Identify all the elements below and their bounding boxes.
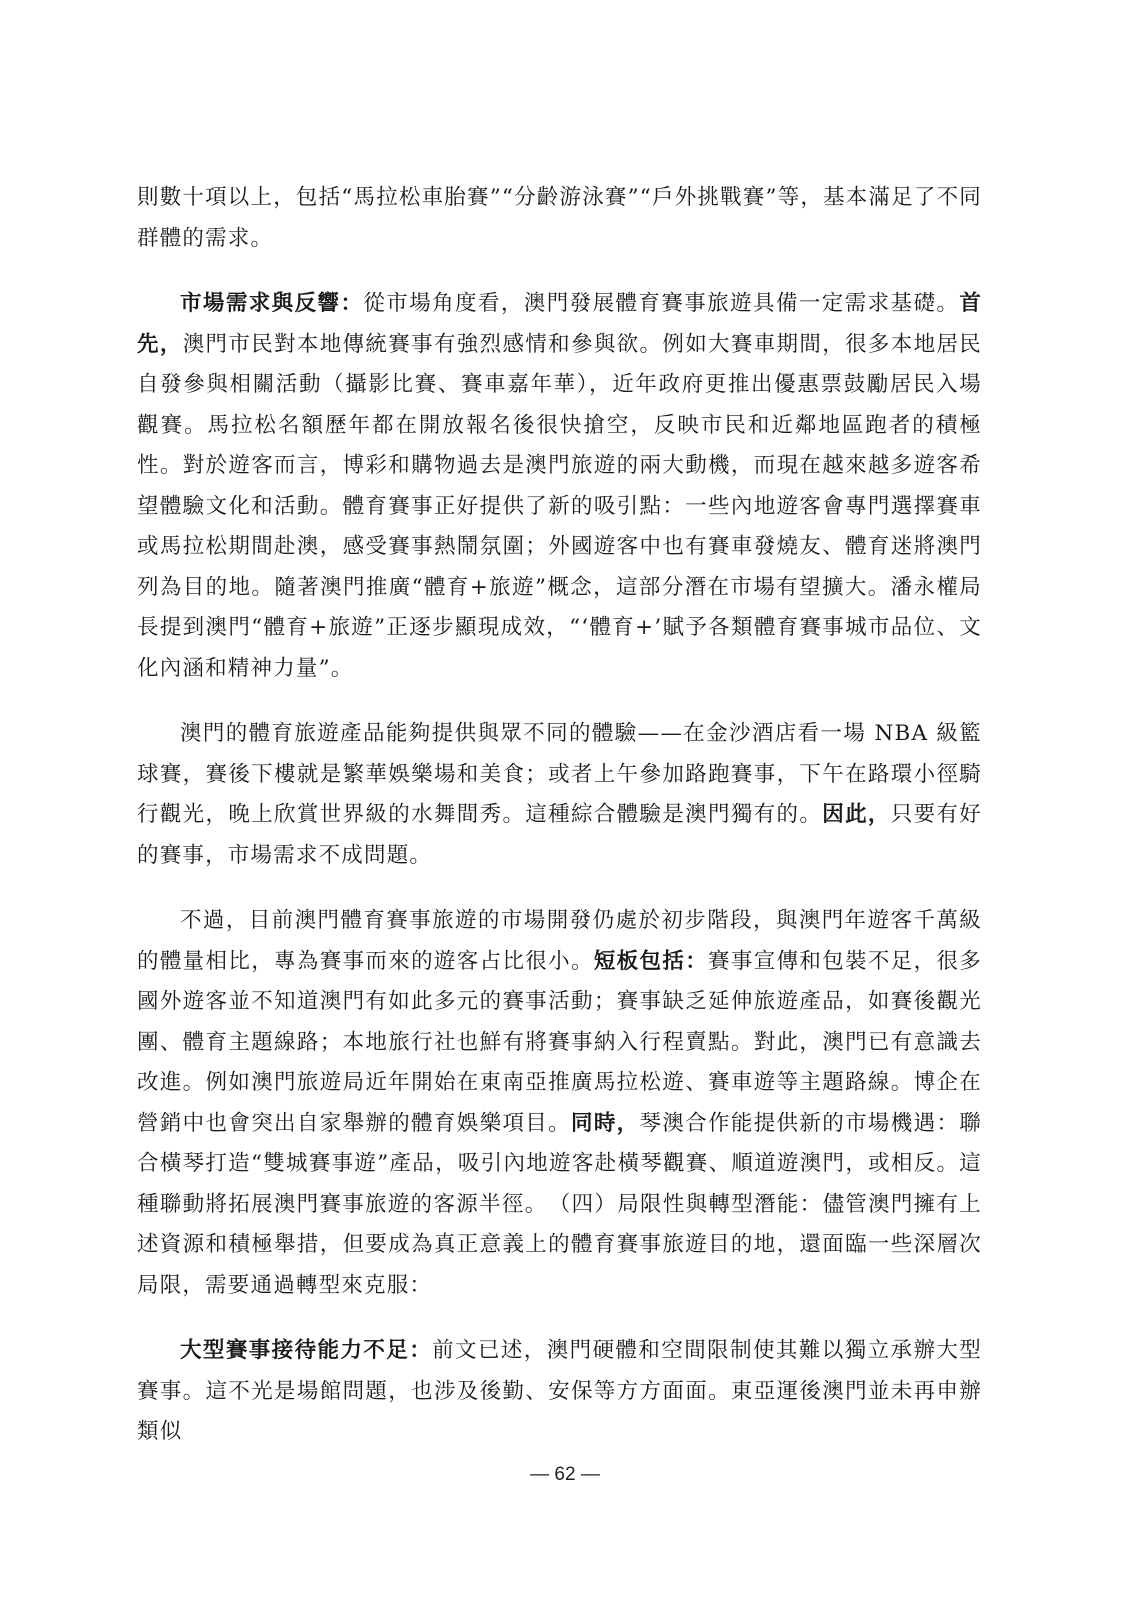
- document-page: 則數十項以上，包括“馬拉松車胎賽”“分齡游泳賽”“戶外挑戰賽”等，基本滿足了不同…: [137, 178, 982, 1453]
- text-run: 從市場角度看，澳門發展體育賽事旅遊具備一定需求基礎。: [363, 291, 959, 316]
- paragraph-spacer: [137, 689, 982, 714]
- paragraph-shortcomings: 不過，目前澳門體育賽事旅遊的市場開發仍處於初步階段，與澳門年遊客千萬級的體量相比…: [137, 901, 982, 1306]
- emphasis-run: 短板包括：: [594, 949, 708, 974]
- paragraph-spacer: [137, 259, 982, 284]
- emphasis-run: 因此，: [822, 802, 891, 827]
- paragraph-spacer: [137, 1306, 982, 1331]
- text-run: 澳門市民對本地傳統賽事有強烈感情和參與欲。例如大賽車期間，很多本地居民自發參與相…: [137, 332, 982, 681]
- text-run: 賽事宣傳和包裝不足，很多國外遊客並不知道澳門有如此多元的賽事活動；賽事缺乏延伸旅…: [137, 949, 982, 1136]
- emphasis-run: 同時，: [571, 1111, 640, 1136]
- paragraph-spacer: [137, 876, 982, 901]
- heading-run: 大型賽事接待能力不足：: [180, 1338, 432, 1363]
- heading-run: 市場需求與反響：: [180, 291, 363, 316]
- text-run: 則數十項以上，包括“馬拉松車胎賽”“分齡游泳賽”“戶外挑戰賽”等，基本滿足了不同…: [137, 185, 982, 251]
- text-run: 琴澳合作能提供新的市場機遇：聯合橫琴打造“雙城賽事遊”產品，吸引內地遊客赴橫琴觀…: [137, 1111, 982, 1298]
- paragraph-1: 則數十項以上，包括“馬拉松車胎賽”“分齡游泳賽”“戶外挑戰賽”等，基本滿足了不同…: [137, 178, 982, 259]
- paragraph-experience: 澳門的體育旅遊產品能夠提供與眾不同的體驗——在金沙酒店看一場 NBA 級籃球賽，…: [137, 714, 982, 876]
- page-number: — 62 —: [0, 1464, 1130, 1486]
- paragraph-market-demand: 市場需求與反響：從市場角度看，澳門發展體育賽事旅遊具備一定需求基礎。首先，澳門市…: [137, 284, 982, 689]
- paragraph-capacity: 大型賽事接待能力不足：前文已述，澳門硬體和空間限制使其難以獨立承辦大型賽事。這不…: [137, 1331, 982, 1453]
